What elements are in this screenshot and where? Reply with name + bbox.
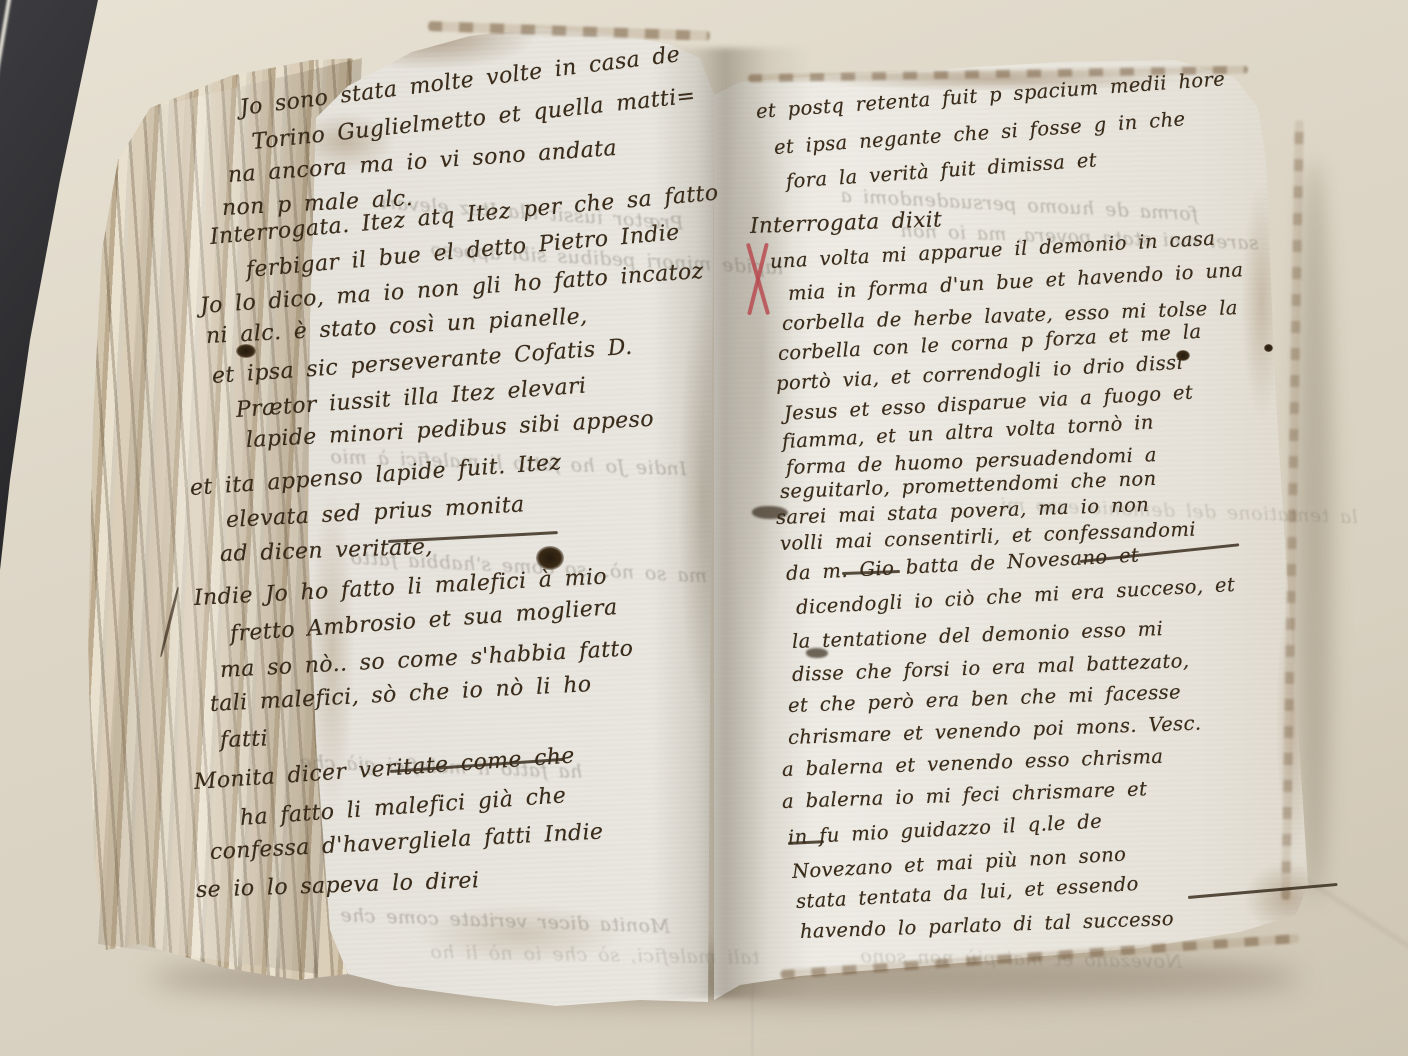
manuscript-line: fatti (220, 726, 269, 753)
ink-blot (1264, 344, 1273, 352)
manuscript-photo: Prætor iussit illa Itez elevari lapide m… (0, 0, 1408, 1056)
